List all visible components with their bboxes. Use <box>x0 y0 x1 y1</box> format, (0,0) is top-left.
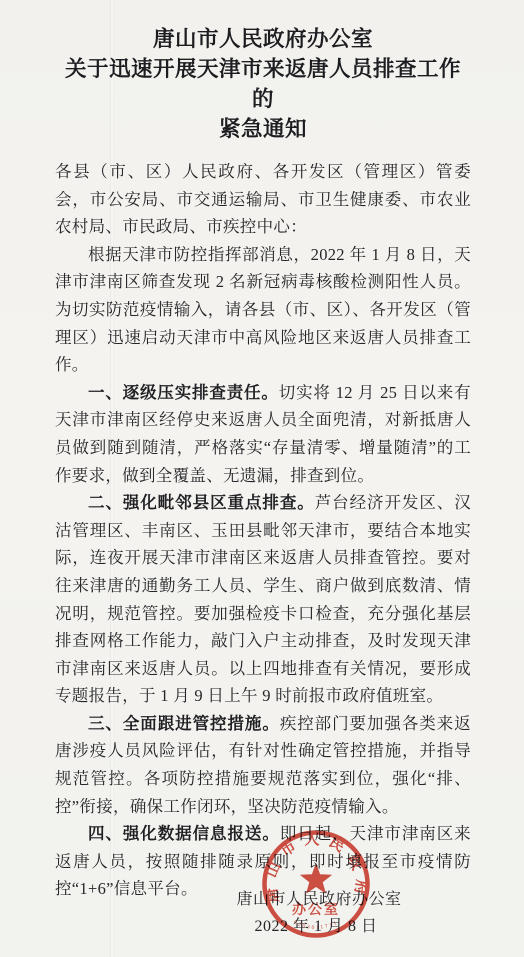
seal-code-digits: 0203011711 <box>293 919 340 931</box>
document-content: 唐山市人民政府办公室 关于迅速开展天津市来返唐人员排查工作的 紧急通知 各县（市… <box>55 24 471 903</box>
title-line-issuer: 唐山市人民政府办公室 <box>55 24 471 54</box>
body-paragraph-intro: 根据天津市防控指挥部消息，2022 年 1 月 8 日，天津市津南区筛查发现 2… <box>55 241 471 379</box>
section-heading: 四、强化数据信息报送。 <box>88 824 280 843</box>
document-title: 唐山市人民政府办公室 关于迅速开展天津市来返唐人员排查工作的 紧急通知 <box>55 24 471 144</box>
scanned-document-page: 唐山市人民政府办公室 关于迅速开展天津市来返唐人员排查工作的 紧急通知 各县（市… <box>0 0 524 957</box>
title-line-subject: 关于迅速开展天津市来返唐人员排查工作的 <box>55 54 471 114</box>
official-seal: 唐山市人民政府 办公室 0203011711 <box>260 828 372 940</box>
body-paragraph-section-3: 三、全面跟进管控措施。疾控部门要加强各类来返唐涉疫人员风险评估，有针对性确定管控… <box>55 710 471 820</box>
body-paragraph-section-2: 二、强化毗邻县区重点排查。芦台经济开发区、汉沽管理区、丰南区、玉田县毗邻天津市，… <box>55 489 471 710</box>
seal-center-text: 办公室 <box>292 901 340 918</box>
section-heading: 三、全面跟进管控措施。 <box>88 714 280 733</box>
body-paragraph-section-1: 一、逐级压实排查责任。切实将 12 月 25 日以来有天津市津南区经停史来返唐人… <box>55 379 471 489</box>
paragraph-text: 根据天津市防控指挥部消息，2022 年 1 月 8 日，天津市津南区筛查发现 2… <box>55 245 471 374</box>
paragraph-text: 芦台经济开发区、汉沽管理区、丰南区、玉田县毗邻天津市，要结合本地实际，连夜开展天… <box>55 493 471 705</box>
recipients-line: 各县（市、区）人民政府、各开发区（管理区）管委会，市公安局、市交通运输局、市卫生… <box>55 158 471 241</box>
title-line-type: 紧急通知 <box>55 114 471 144</box>
seal-star-icon <box>300 863 332 894</box>
section-heading: 一、逐级压实排查责任。 <box>88 383 279 402</box>
section-heading: 二、强化毗邻县区重点排查。 <box>88 493 315 512</box>
